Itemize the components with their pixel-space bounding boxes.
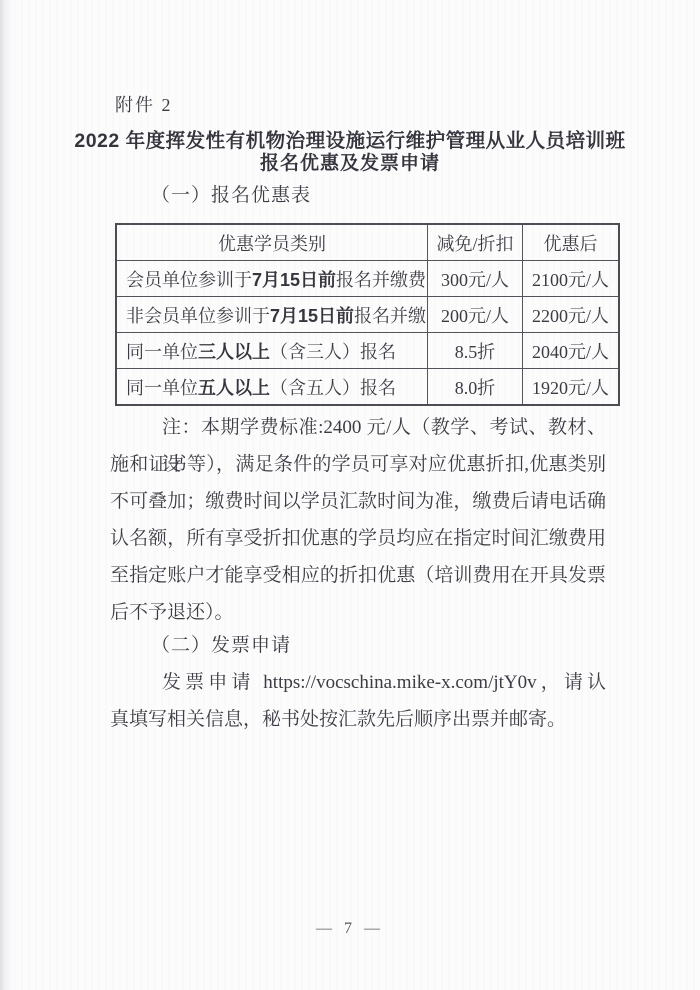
note-paragraph: 注：本期学费标准:2400 元/人（教学、考试、教材、设 施和证书等），满足条件… <box>110 409 606 631</box>
category-bold-text: 7月15日前 <box>270 302 354 328</box>
scanned-document-page: 附件 2 2022 年度挥发性有机物治理设施运行维护管理从业人员培训班 报名优惠… <box>0 0 700 990</box>
category-text: （含三人）报名 <box>270 338 396 364</box>
section-2-heading: （二）发票申请 <box>151 630 291 657</box>
category-text: 报名并缴费 <box>354 302 427 328</box>
invoice-line: 发票申请 https://vocschina.mike-x.com/jtY0v，… <box>110 664 606 701</box>
row-category: 同一单位三人以上（含三人）报名 <box>117 332 427 368</box>
category-bold-text: 五人以上 <box>198 374 270 400</box>
note-line: 注：本期学费标准:2400 元/人（教学、考试、教材、设 <box>110 409 606 446</box>
category-text: 会员单位参训于 <box>126 266 252 292</box>
note-line: 不可叠加；缴费时间以学员汇款时间为准，缴费后请电话确 <box>110 483 606 520</box>
row-category: 非会员单位参训于7月15日前报名并缴费 <box>117 296 427 332</box>
category-text: 非会员单位参训于 <box>126 302 270 328</box>
table-header-category: 优惠学员类别 <box>117 225 427 260</box>
row-category: 同一单位五人以上（含五人）报名 <box>117 368 427 404</box>
row-discount: 300元/人 <box>427 260 522 296</box>
document-title-line2: 报名优惠及发票申请 <box>0 148 700 175</box>
row-discount: 8.0折 <box>427 368 522 404</box>
attachment-label: 附件 2 <box>115 91 173 117</box>
note-line: 后不予退还）。 <box>110 594 606 631</box>
category-text: 报名并缴费 <box>336 266 426 292</box>
row-price-after: 2040元/人 <box>522 332 618 368</box>
note-line: 施和证书等），满足条件的学员可享对应优惠折扣,优惠类别 <box>110 446 606 483</box>
row-price-after: 2200元/人 <box>522 296 618 332</box>
category-bold-text: 7月15日前 <box>252 266 336 292</box>
row-price-after: 2100元/人 <box>522 260 618 296</box>
page-number: — 7 — <box>0 920 700 938</box>
row-discount: 8.5折 <box>427 332 522 368</box>
category-text: （含五人）报名 <box>270 374 396 400</box>
row-category: 会员单位参训于7月15日前报名并缴费 <box>117 260 427 296</box>
row-discount: 200元/人 <box>427 296 522 332</box>
table-header-discount: 减免/折扣 <box>427 225 522 260</box>
row-price-after: 1920元/人 <box>522 368 618 404</box>
invoice-paragraph: 发票申请 https://vocschina.mike-x.com/jtY0v，… <box>110 664 606 738</box>
invoice-url: https://vocschina.mike-x.com/jtY0v <box>263 672 536 693</box>
note-line: 认名额，所有享受折扣优惠的学员均应在指定时间汇缴费用 <box>110 520 606 557</box>
invoice-line: 真填写相关信息，秘书处按汇款先后顺序出票并邮寄。 <box>110 701 606 738</box>
invoice-text: ，请认 <box>537 672 606 693</box>
section-1-heading: （一）报名优惠表 <box>151 180 311 207</box>
note-line: 至指定账户才能享受相应的折扣优惠（培训费用在开具发票 <box>110 557 606 594</box>
invoice-text: 发票申请 <box>162 672 263 693</box>
category-bold-text: 三人以上 <box>198 338 270 364</box>
table-header-price-after: 优惠后 <box>522 225 618 260</box>
discount-table: 优惠学员类别 减免/折扣 优惠后 会员单位参训于7月15日前报名并缴费 300元… <box>115 223 620 406</box>
category-text: 同一单位 <box>126 338 198 364</box>
category-text: 同一单位 <box>126 374 198 400</box>
